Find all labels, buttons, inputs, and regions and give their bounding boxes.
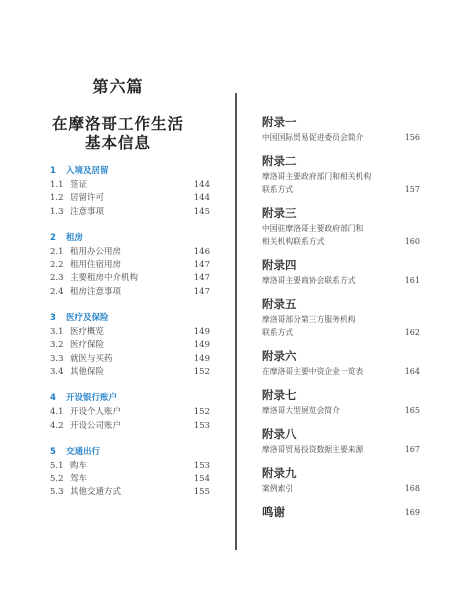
acknowledgement-entry[interactable]: 鸣谢169 [262, 504, 420, 521]
toc-section: 1入境及居留 1.1签证 144 1.2居留许可 144 1.3注意事项 145 [50, 164, 210, 219]
entry-number: 1.1 [50, 179, 70, 192]
entry-label: 购车 [70, 461, 87, 471]
column-divider [235, 93, 237, 550]
toc-entry[interactable]: 2.4租房注意事项 147 [50, 286, 210, 299]
appendix-description: 摩洛哥主要政府部门和相关机构 [262, 170, 371, 183]
entry-page: 147 [194, 272, 210, 285]
appendix-title: 附录四 [262, 257, 420, 274]
appendix-page: 162 [405, 326, 420, 339]
section-number: 3 [50, 311, 66, 326]
entry-page: 152 [194, 406, 210, 419]
appendix-title: 附录一 [262, 114, 420, 131]
entry-page: 144 [194, 192, 210, 205]
entry-number: 5.1 [50, 460, 70, 473]
section-heading[interactable]: 2租房 [50, 231, 210, 246]
appendix-title: 附录三 [262, 205, 420, 222]
appendix-page: 167 [405, 443, 420, 456]
appendix-entry[interactable]: 附录九案例索引168 [262, 465, 420, 495]
toc-entry[interactable]: 3.2医疗保险 149 [50, 339, 210, 352]
appendix-entry[interactable]: 附录三中国驻摩洛哥主要政府部门和相关机构联系方式160 [262, 205, 420, 248]
entry-page: 146 [194, 246, 210, 259]
entry-number: 4.1 [50, 406, 70, 419]
appendix-page: 168 [405, 482, 420, 495]
toc-entry[interactable]: 3.4其他保险 152 [50, 366, 210, 379]
entry-page: 144 [194, 179, 210, 192]
appendix-title: 附录六 [262, 348, 420, 365]
toc-entry[interactable]: 5.2驾车 154 [50, 473, 210, 486]
toc-entry[interactable]: 1.3注意事项 145 [50, 206, 210, 219]
entry-number: 5.2 [50, 473, 70, 486]
section-heading[interactable]: 1入境及居留 [50, 164, 210, 179]
appendix-entry[interactable]: 附录六在摩洛哥主要中资企业一览表164 [262, 348, 420, 378]
entry-label: 注意事项 [70, 207, 104, 217]
section-heading[interactable]: 4开设银行账户 [50, 391, 210, 406]
book-title: 在摩洛哥工作生活 基本信息 [0, 114, 236, 152]
toc-entry[interactable]: 1.2居留许可 144 [50, 192, 210, 205]
appendix-title: 附录五 [262, 296, 420, 313]
appendix-title: 附录九 [262, 465, 420, 482]
appendix-description: 联系方式 [262, 326, 293, 339]
section-heading[interactable]: 5交通出行 [50, 445, 210, 460]
toc-section: 2租房 2.1租用办公用房 146 2.2租用住宿用房 147 2.3主要租房中… [50, 231, 210, 299]
entry-page: 149 [194, 326, 210, 339]
toc-entry[interactable]: 2.3主要租房中介机构 147 [50, 272, 210, 285]
section-title: 医疗及保险 [66, 313, 109, 323]
toc-entry[interactable]: 3.3就医与买药 149 [50, 353, 210, 366]
appendix-description: 摩洛哥主要商协会联系方式 [262, 274, 356, 287]
entry-number: 3.4 [50, 366, 70, 379]
appendix-page: 157 [405, 183, 420, 196]
entry-page: 149 [194, 339, 210, 352]
entry-page: 154 [194, 473, 210, 486]
section-number: 2 [50, 231, 66, 246]
entry-label: 医疗保险 [70, 340, 104, 350]
appendix-toc: 附录一中国国际贸易促进委员会简介156附录二摩洛哥主要政府部门和相关机构联系方式… [262, 114, 420, 521]
appendix-description: 摩洛哥贸易投资数据主要来源 [262, 443, 363, 456]
entry-number: 5.3 [50, 486, 70, 499]
entry-label: 其他保险 [70, 367, 104, 377]
entry-page: 153 [194, 420, 210, 433]
entry-page: 145 [194, 206, 210, 219]
part-title: 第六篇 [0, 74, 236, 97]
entry-number: 4.2 [50, 420, 70, 433]
toc-entry[interactable]: 4.2开设公司账户 153 [50, 420, 210, 433]
entry-label: 驾车 [70, 474, 87, 484]
toc-section: 5交通出行 5.1购车 153 5.2驾车 154 5.3其他交通方式 155 [50, 445, 210, 500]
appendix-description: 中国国际贸易促进委员会简介 [262, 131, 363, 144]
toc-section: 4开设银行账户 4.1开设个人账户 152 4.2开设公司账户 153 [50, 391, 210, 433]
entry-number: 1.3 [50, 206, 70, 219]
entry-number: 3.3 [50, 353, 70, 366]
appendix-page: 156 [405, 131, 420, 144]
appendix-description: 中国驻摩洛哥主要政府部门和 [262, 222, 363, 235]
entry-label: 居留许可 [70, 193, 104, 203]
toc-section: 3医疗及保险 3.1医疗概览 149 3.2医疗保险 149 3.3就医与买药 … [50, 311, 210, 379]
toc-entry[interactable]: 2.2租用住宿用房 147 [50, 259, 210, 272]
acknowledgement-title: 鸣谢 [262, 504, 285, 521]
entry-number: 2.4 [50, 286, 70, 299]
entry-label: 租房注意事项 [70, 287, 121, 297]
entry-number: 2.3 [50, 272, 70, 285]
appendix-description: 摩洛哥部分第三方服务机构 [262, 313, 356, 326]
entry-number: 1.2 [50, 192, 70, 205]
appendix-page: 161 [405, 274, 420, 287]
entry-page: 147 [194, 286, 210, 299]
toc-entry[interactable]: 3.1医疗概览 149 [50, 326, 210, 339]
section-title: 交通出行 [66, 447, 100, 457]
entry-number: 3.1 [50, 326, 70, 339]
appendix-entry[interactable]: 附录二摩洛哥主要政府部门和相关机构联系方式157 [262, 153, 420, 196]
appendix-entry[interactable]: 附录四摩洛哥主要商协会联系方式161 [262, 257, 420, 287]
appendix-description: 在摩洛哥主要中资企业一览表 [262, 365, 363, 378]
entry-page: 153 [194, 460, 210, 473]
appendix-page: 160 [405, 235, 420, 248]
entry-page: 152 [194, 366, 210, 379]
section-heading[interactable]: 3医疗及保险 [50, 311, 210, 326]
appendix-description: 联系方式 [262, 183, 293, 196]
section-title: 入境及居留 [66, 166, 109, 176]
toc-entry[interactable]: 5.3其他交通方式 155 [50, 486, 210, 499]
section-number: 1 [50, 164, 66, 179]
entry-label: 租用办公用房 [70, 247, 121, 257]
book-title-line: 基本信息 [0, 133, 236, 152]
entry-label: 就医与买药 [70, 354, 113, 364]
section-number: 5 [50, 445, 66, 460]
entry-page: 147 [194, 259, 210, 272]
appendix-entry[interactable]: 附录七摩洛哥大型展览会简介165 [262, 387, 420, 417]
entry-label: 签证 [70, 180, 87, 190]
appendix-description: 摩洛哥大型展览会简介 [262, 404, 340, 417]
appendix-page: 165 [405, 404, 420, 417]
entry-label: 租用住宿用房 [70, 260, 121, 270]
appendix-description: 相关机构联系方式 [262, 235, 324, 248]
entry-label: 其他交通方式 [70, 487, 121, 497]
appendix-title: 附录七 [262, 387, 420, 404]
section-title: 租房 [66, 233, 83, 243]
entry-page: 149 [194, 353, 210, 366]
section-number: 4 [50, 391, 66, 406]
toc-entry[interactable]: 4.1开设个人账户 152 [50, 406, 210, 419]
section-title: 开设银行账户 [66, 393, 117, 403]
entry-label: 医疗概览 [70, 327, 104, 337]
entry-number: 2.2 [50, 259, 70, 272]
appendix-title: 附录二 [262, 153, 420, 170]
entry-label: 主要租房中介机构 [70, 273, 138, 283]
appendix-entry[interactable]: 附录一中国国际贸易促进委员会简介156 [262, 114, 420, 144]
acknowledgement-page: 169 [405, 508, 420, 517]
entry-label: 开设公司账户 [70, 421, 121, 431]
appendix-title: 附录八 [262, 426, 420, 443]
appendix-entry[interactable]: 附录五摩洛哥部分第三方服务机构联系方式162 [262, 296, 420, 339]
entry-number: 3.2 [50, 339, 70, 352]
chapter-toc: 1入境及居留 1.1签证 144 1.2居留许可 144 1.3注意事项 145… [50, 164, 210, 512]
appendix-page: 164 [405, 365, 420, 378]
appendix-description: 案例索引 [262, 482, 293, 495]
entry-number: 2.1 [50, 246, 70, 259]
toc-entry[interactable]: 1.1签证 144 [50, 179, 210, 192]
book-title-line: 在摩洛哥工作生活 [0, 114, 236, 133]
entry-page: 155 [194, 486, 210, 499]
toc-entry[interactable]: 2.1租用办公用房 146 [50, 246, 210, 259]
toc-entry[interactable]: 5.1购车 153 [50, 460, 210, 473]
entry-label: 开设个人账户 [70, 407, 121, 417]
appendix-entry[interactable]: 附录八摩洛哥贸易投资数据主要来源167 [262, 426, 420, 456]
